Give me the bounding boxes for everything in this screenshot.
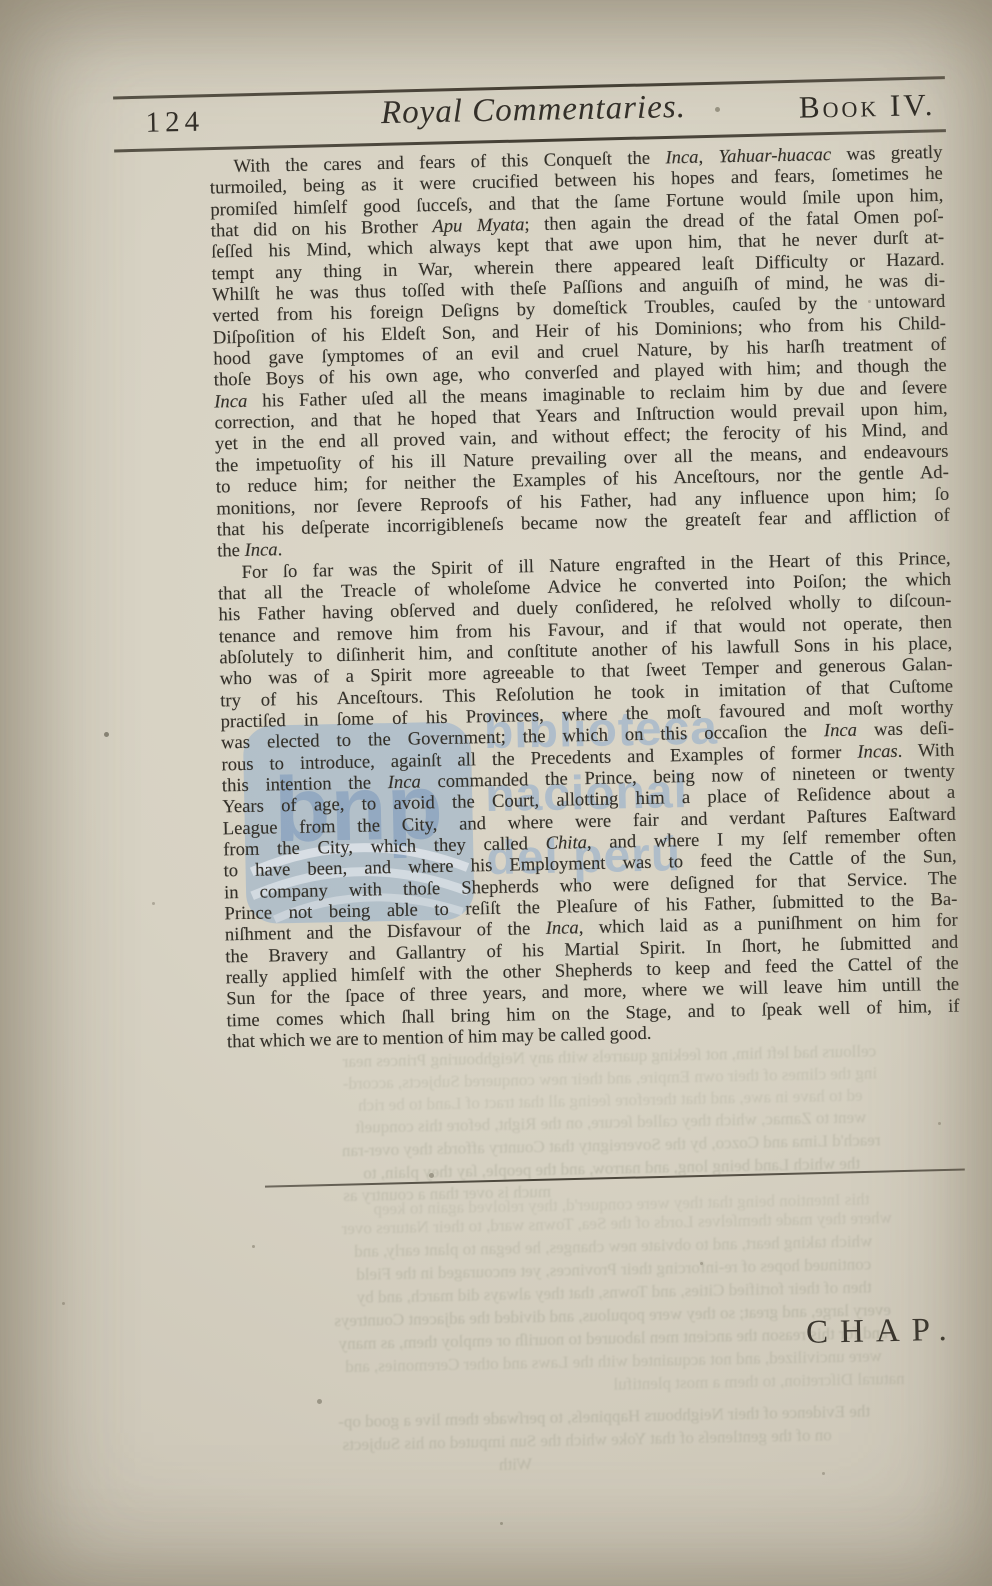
show-through-line: the Evidence of their Neighbours Happine… <box>237 1399 972 1434</box>
show-through-line: then of their fortified Cities, and Town… <box>249 1275 979 1310</box>
book-label: Book IV. <box>799 87 936 126</box>
page-content: bnp biblioteca nacional del perú cellour… <box>113 80 983 1577</box>
scanned-page: bnp biblioteca nacional del perú cellour… <box>0 0 992 1586</box>
show-through-line: natural Diſcretion, to them a most plent… <box>539 1367 979 1396</box>
show-through-line: ed to have in awe, and that therefore ſe… <box>245 1083 975 1118</box>
show-through-line: the which Land being long, and narrow, a… <box>247 1151 977 1186</box>
show-through-line: With <box>470 1454 560 1476</box>
page-number: 124 <box>145 106 204 140</box>
show-through-line: went to Zamac, which they called ſecure,… <box>246 1105 976 1140</box>
show-through-line: ing the climes of their own Empire, and … <box>245 1061 975 1096</box>
catchword: CHAP. <box>806 1312 959 1352</box>
section-divider-rule <box>265 1169 965 1188</box>
show-through-line: this Intention being that they were conq… <box>265 1187 977 1221</box>
running-title: Royal Commentaries. <box>368 89 699 133</box>
show-through-line: reach'd Lima and Cozco, by the Sovereign… <box>246 1128 976 1163</box>
body-text: With the cares and fears of this Conqueſ… <box>209 142 960 1053</box>
show-through-line: on of the gentleneſs of that Yoke which … <box>237 1423 937 1457</box>
show-through-line: where they made themſelves Lords of the … <box>256 1206 978 1240</box>
show-through-line: continued hopes of re-inforcing their Pr… <box>249 1252 979 1287</box>
paper-specks <box>0 0 3 3</box>
show-through-line: which taking heart, and to obviate new c… <box>248 1229 978 1264</box>
